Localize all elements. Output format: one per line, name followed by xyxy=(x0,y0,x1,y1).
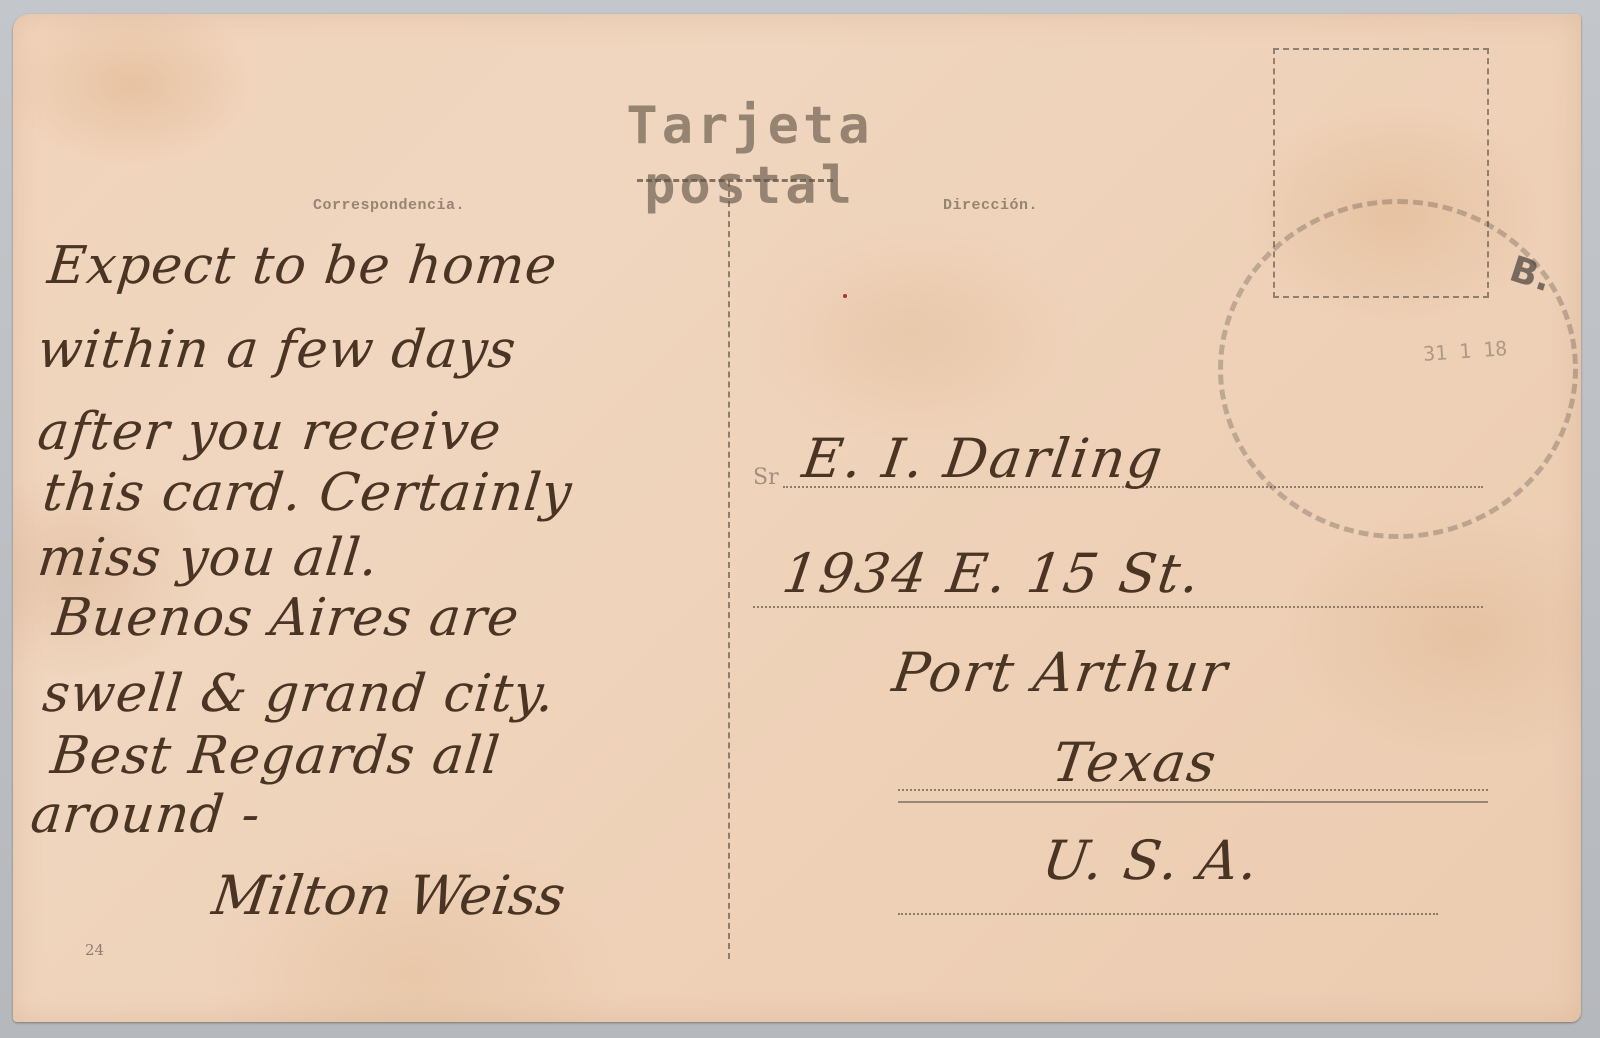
message-line: Expect to be home xyxy=(45,240,560,292)
center-divider xyxy=(728,181,730,959)
address-street: 1934 E. 15 St. xyxy=(779,547,1205,601)
addressee-name: E. I. Darling xyxy=(799,432,1167,486)
address-state: Texas xyxy=(1049,736,1221,790)
address-city: Port Arthur xyxy=(889,646,1232,700)
address-country: U. S. A. xyxy=(1039,834,1263,888)
address-dotted-line xyxy=(753,606,1483,608)
message-line: around - xyxy=(28,789,263,841)
postmark-letter: B. xyxy=(1505,249,1557,301)
signature: Milton Weiss xyxy=(209,864,570,927)
stamp-box xyxy=(1273,48,1489,298)
message-line: miss you all. xyxy=(35,532,381,584)
message-line: Best Regards all xyxy=(48,730,502,782)
postmark-date: 31 1 18 xyxy=(1422,336,1508,366)
message-line: Buenos Aires are xyxy=(50,592,522,644)
postcard-title: Tarjeta postal xyxy=(545,96,955,216)
correspondence-label: Correspondencia. xyxy=(313,197,465,214)
address-label: Dirección. xyxy=(943,197,1038,214)
message-line: this card. Certainly xyxy=(40,467,574,519)
title-rule xyxy=(637,179,833,182)
address-dotted-line xyxy=(898,913,1438,915)
message-line: after you receive xyxy=(35,406,504,458)
address-prefix: Sr xyxy=(753,465,779,490)
print-number: 24 xyxy=(85,941,104,959)
message-line: within a few days xyxy=(35,324,519,376)
message-line: swell & grand city. xyxy=(40,668,557,720)
ink-spot xyxy=(843,294,847,298)
address-solid-line xyxy=(898,801,1488,803)
postcard: Tarjeta postal Correspondencia. Direcció… xyxy=(13,14,1581,1022)
